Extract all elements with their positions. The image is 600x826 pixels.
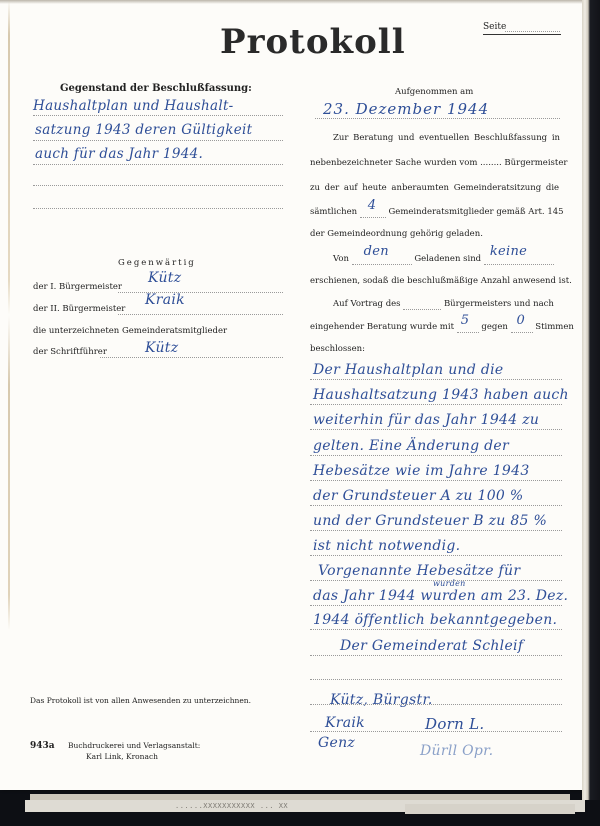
absent-field: keine xyxy=(484,254,554,265)
present-heading: Gegenwärtig xyxy=(118,258,196,268)
members-suffix: Gemeinderatsmitglieder gemäß Art. 145 xyxy=(389,207,564,217)
recorded-date-field xyxy=(315,118,560,119)
resolution-line-empty xyxy=(310,679,562,680)
secretary-label: der Schriftführer xyxy=(33,347,107,357)
document-title: Protokoll xyxy=(220,22,406,62)
vote-line1-suffix: Bürgermeisters und nach xyxy=(444,299,554,309)
vote-line1-prefix: Auf Vortrag des xyxy=(333,299,401,309)
resolution-handwritten-line: Vorgenannte Hebesätze für xyxy=(318,563,520,579)
resolution-line xyxy=(310,530,562,531)
invited-field: den xyxy=(352,254,412,265)
underlying-pages: ......XXXXXXXXXXX ... XX xyxy=(25,790,585,820)
subject-handwritten-3: auch für das Jahr 1944. xyxy=(35,146,203,162)
second-mayor-label: der II. Bürgermeister xyxy=(33,304,125,314)
attendance-line-2: erschienen, sodaß die beschlußmäßige Anz… xyxy=(310,276,572,286)
subject-line-1 xyxy=(33,115,283,116)
subject-heading: Gegenstand der Beschlußfassung: xyxy=(60,83,252,94)
binding-edge xyxy=(8,0,10,700)
resolution-line xyxy=(310,505,562,506)
resolution-insert: wurden xyxy=(433,579,466,588)
page-top-shade xyxy=(0,0,582,4)
members-prefix: sämtlichen xyxy=(310,207,357,217)
intro-line-1: Zur Beratung und eventuellen Beschlußfas… xyxy=(333,133,560,143)
votes-against: 0 xyxy=(517,313,526,328)
recorded-label: Aufgenommen am xyxy=(395,87,473,97)
votes-for-field: 5 xyxy=(457,322,479,333)
resolution-handwritten-line: der Grundsteuer A zu 100 % xyxy=(313,488,523,504)
mayor-rank-field xyxy=(403,299,441,310)
subject-handwritten-1: Haushaltplan und Haushalt- xyxy=(33,98,234,114)
votes-against-field: 0 xyxy=(511,322,533,333)
page-number-field[interactable] xyxy=(505,31,560,32)
signature-line-1 xyxy=(310,704,562,705)
members-count-field: 4 xyxy=(360,207,386,218)
secretary-field xyxy=(100,357,283,358)
recorded-date: 23. Dezember 1944 xyxy=(323,100,489,118)
council-members-label: die unterzeichneten Gemeinderatsmitglied… xyxy=(33,326,227,336)
subject-line-5 xyxy=(33,208,283,209)
resolved-label: beschlossen: xyxy=(310,344,365,354)
attendance-prefix: Von xyxy=(333,254,349,264)
resolution-line xyxy=(310,605,562,606)
resolution-line xyxy=(310,455,562,456)
resolution-line xyxy=(310,480,562,481)
resolution-line xyxy=(310,629,562,630)
resolution-handwritten-line: ist nicht notwendig. xyxy=(313,538,460,554)
members-count: 4 xyxy=(368,198,377,213)
first-mayor-field xyxy=(118,292,283,293)
signature-kuetz: Kütz, Bürgstr. xyxy=(330,692,433,708)
votes-for: 5 xyxy=(461,313,470,328)
resolution-line xyxy=(310,655,562,656)
intro-line-4: der Gemeindeordnung gehörig geladen. xyxy=(310,229,483,239)
signing-instruction: Das Protokoll ist von allen Anwesenden z… xyxy=(30,696,251,705)
resolution-line xyxy=(310,379,562,380)
first-mayor-signature: Kütz xyxy=(148,270,181,286)
attendance-line-1: Von den Geladenen sind keine xyxy=(333,254,554,265)
second-mayor-field xyxy=(118,314,283,315)
subject-line-3 xyxy=(33,164,283,165)
vote-line-2: eingehender Beratung wurde mit 5 gegen 0… xyxy=(310,322,574,333)
resolution-handwritten-line: Der Gemeinderat Schleif xyxy=(340,638,523,654)
page-label: Seite xyxy=(483,22,506,32)
resolution-handwritten-line: das Jahr 1944 wurden am 23. Dez. xyxy=(313,588,568,604)
form-number: 943a xyxy=(30,741,55,751)
vote-line-1: Auf Vortrag des Bürgermeisters und nach xyxy=(333,299,554,310)
intro-line-3: zu der auf heute anberaumten Gemeinderat… xyxy=(310,183,559,193)
first-mayor-label: der I. Bürgermeister xyxy=(33,282,122,292)
votes-label: Stimmen xyxy=(535,322,574,332)
resolution-line xyxy=(310,555,562,556)
signature-line-2 xyxy=(310,731,562,732)
members-line: sämtlichen 4 Gemeinderatsmitglieder gemä… xyxy=(310,207,564,218)
subject-line-4 xyxy=(33,185,283,186)
vote-line2-prefix: eingehender Beratung wurde mit xyxy=(310,322,454,332)
resolution-handwritten-line: und der Grundsteuer B zu 85 % xyxy=(313,513,547,529)
resolution-handwritten-line: Der Haushaltplan und die xyxy=(313,362,504,378)
protocol-page: Protokoll Seite Gegenstand der Beschlußf… xyxy=(0,0,582,790)
against-label: gegen xyxy=(481,322,507,332)
page-stack-edge xyxy=(582,0,600,800)
secretary-signature: Kütz xyxy=(145,340,178,356)
signature-kraik: Kraik xyxy=(325,715,365,731)
resolution-handwritten-line: Hebesätze wie im Jahre 1943 xyxy=(313,463,530,479)
intro-line-2: nebenbezeichneter Sache wurden vom .....… xyxy=(310,158,567,168)
underlying-page-text: ......XXXXXXXXXXX ... XX xyxy=(175,802,288,810)
second-mayor-signature: Kraik xyxy=(145,292,185,308)
printer-line-2: Karl Link, Kronach xyxy=(86,752,158,761)
absent-handwritten: keine xyxy=(490,244,527,259)
resolution-line xyxy=(310,404,562,405)
signature-genz: Genz xyxy=(318,735,355,751)
printer-line-1: Buchdruckerei und Verlagsanstalt: xyxy=(68,741,200,750)
invited-handwritten: den xyxy=(364,244,389,259)
resolution-handwritten-line: Haushaltsatzung 1943 haben auch xyxy=(313,387,569,403)
resolution-handwritten-line: 1944 öffentlich bekanntgegeben. xyxy=(313,612,557,628)
page-label-underline xyxy=(483,34,561,35)
subject-handwritten-2: satzung 1943 deren Gültigkeit xyxy=(35,122,252,138)
resolution-handwritten-line: gelten. Eine Änderung der xyxy=(313,438,509,454)
signature-duerll: Dürll Opr. xyxy=(420,743,493,759)
attendance-middle: Geladenen sind xyxy=(414,254,481,264)
subject-line-2 xyxy=(33,140,283,141)
resolution-line xyxy=(310,429,562,430)
resolution-handwritten-line: weiterhin für das Jahr 1944 zu xyxy=(313,412,539,428)
